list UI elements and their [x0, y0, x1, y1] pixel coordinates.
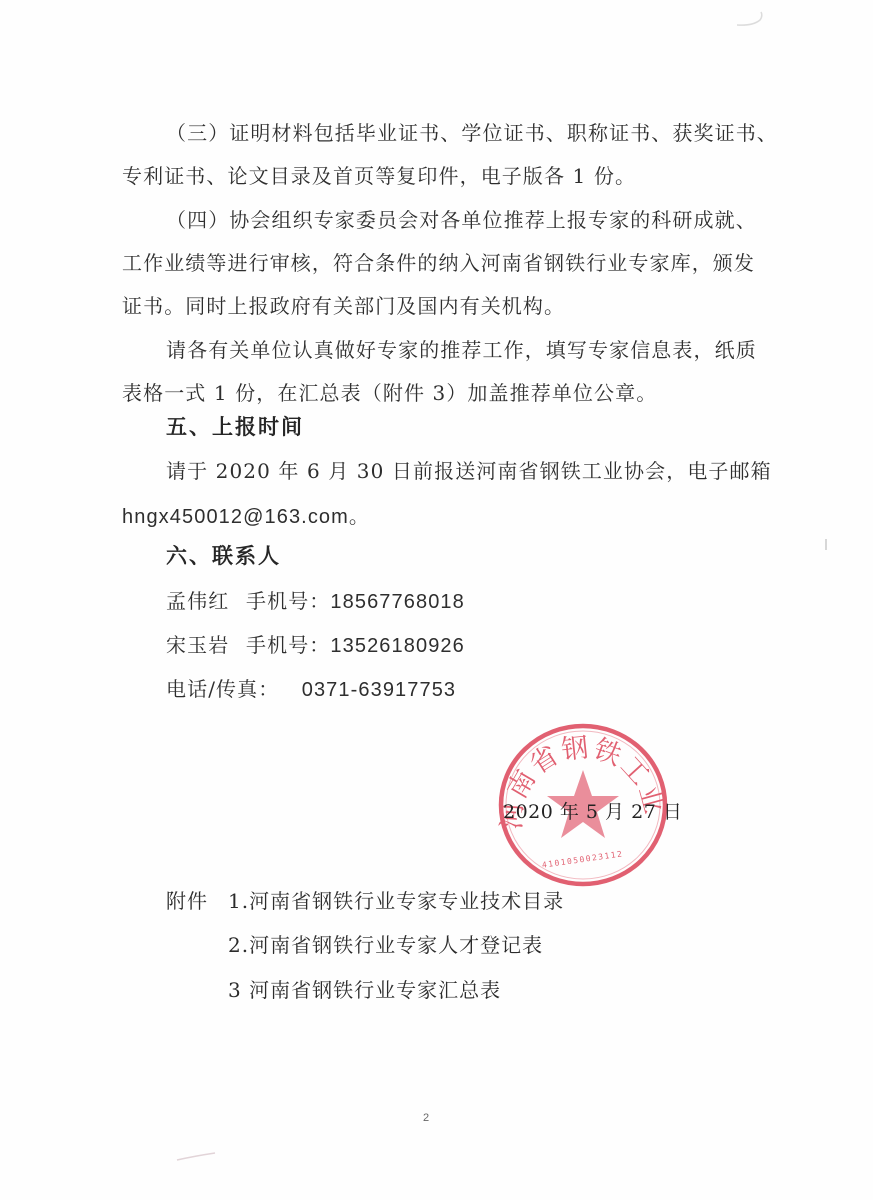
email-address[interactable]: hngx450012@163.com: [122, 506, 349, 528]
paragraph-4-line-3: 证书。同时上报政府有关部门及国内有关机构。: [122, 293, 565, 319]
contact-row-1: 孟伟红手机号：18567768018: [166, 588, 465, 615]
attachment-item-3: 3 河南省钢铁行业专家汇总表: [228, 977, 501, 1003]
svg-text:4101050023112: 4101050023112: [541, 849, 624, 869]
paragraph-3-line-2: 专利证书、论文目录及首页等复印件，电子版各 1 份。: [122, 163, 636, 189]
phone-label: 手机号：: [246, 633, 330, 657]
scan-artifact-mark: [735, 6, 765, 28]
paragraph-5-line-2: 表格一式 1 份，在汇总表（附件 3）加盖推荐单位公章。: [122, 380, 657, 406]
signature-date: 2020 年 5 月 27 日: [503, 800, 682, 824]
fax-row: 电话/传真： 0371-63917753: [166, 676, 456, 703]
paragraph-4-line-2: 工作业绩等进行审核，符合条件的纳入河南省钢铁行业专家库，颁发: [122, 250, 755, 276]
section-5-heading: 五、上报时间: [166, 413, 304, 441]
scan-artifact-mark: [823, 538, 829, 552]
paragraph-3-line-1: （三）证明材料包括毕业证书、学位证书、职称证书、获奖证书、: [166, 120, 778, 146]
phone-number: 18567768018: [330, 591, 464, 613]
contact-row-2: 宋玉岩手机号：13526180926: [166, 632, 465, 659]
phone-label: 手机号：: [246, 589, 330, 613]
attachments-label: 附件: [166, 888, 208, 914]
fax-label: 电话/传真：: [166, 677, 279, 701]
paragraph-5-line-1: 请各有关单位认真做好专家的推荐工作，填写专家信息表，纸质: [166, 337, 757, 363]
attachment-item-2: 2.河南省钢铁行业专家人才登记表: [228, 932, 543, 958]
contact-name: 孟伟红: [166, 588, 246, 614]
email-suffix: 。: [349, 504, 370, 528]
phone-number: 13526180926: [330, 635, 464, 657]
attachment-item-1: 1.河南省钢铁行业专家专业技术目录: [228, 888, 564, 914]
section-5-body-line: 请于 2020 年 6 月 30 日前报送河南省钢铁工业协会，电子邮箱: [166, 458, 772, 484]
document-page: （三）证明材料包括毕业证书、学位证书、职称证书、获奖证书、 专利证书、论文目录及…: [0, 0, 873, 1200]
section-6-heading: 六、联系人: [166, 542, 281, 570]
contact-name: 宋玉岩: [166, 632, 246, 658]
scan-artifact-mark: [175, 1150, 225, 1164]
email-line: hngx450012@163.com。: [122, 503, 370, 530]
fax-number: 0371-63917753: [302, 679, 456, 701]
paragraph-4-line-1: （四）协会组织专家委员会对各单位推荐上报专家的科研成就、: [166, 207, 757, 233]
page-number: 2: [423, 1112, 429, 1124]
